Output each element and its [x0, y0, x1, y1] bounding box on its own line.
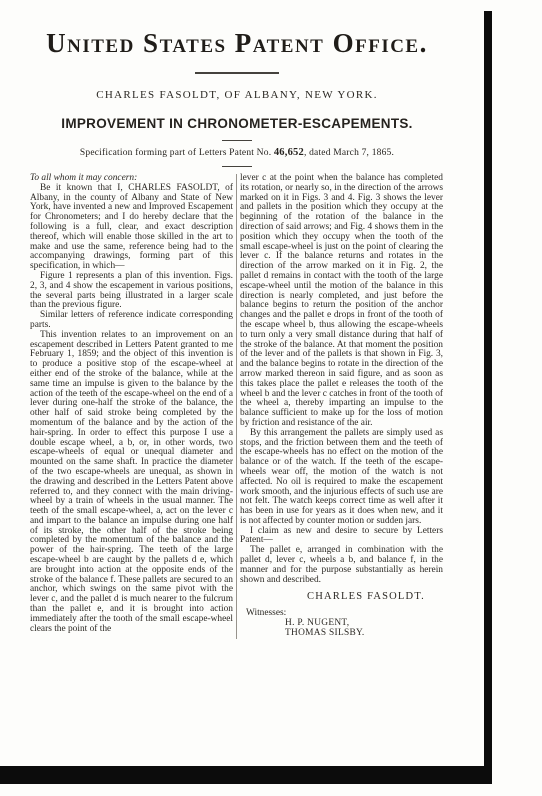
specification-line: Specification forming part of Letters Pa… [30, 147, 444, 158]
document-header: United States Patent Office. CHARLES FAS… [30, 30, 444, 167]
paragraph-reference-letters: Similar letters of reference indicate co… [30, 311, 233, 331]
page-title: United States Patent Office. [30, 30, 444, 57]
paragraph-claim: The pallet e, arranged in combination wi… [240, 546, 443, 585]
patent-document-page: United States Patent Office. CHARLES FAS… [0, 0, 542, 796]
left-column: To all whom it may concern: Be it known … [30, 174, 233, 639]
inventor-signature: CHARLES FASOLDT. [240, 592, 443, 602]
title-divider [195, 72, 279, 74]
paragraph-advantages: By this arrangement the pallets are simp… [240, 429, 443, 527]
right-column: lever c at the point when the balance ha… [240, 174, 443, 639]
spec-suffix: , dated March 7, 1865. [304, 148, 394, 158]
witness-name: THOMAS SILSBY. [285, 629, 443, 639]
spec-prefix: Specification forming part of Letters Pa… [80, 148, 274, 158]
inventor-byline: CHARLES FASOLDT, OF ALBANY, NEW YORK. [30, 89, 444, 101]
paragraph-oath: Be it known that I, CHARLES FASOLDT, of … [30, 184, 233, 272]
subject-divider [222, 140, 252, 141]
paragraph-claim-intro: I claim as new and desire to secure by L… [240, 527, 443, 547]
page-content: United States Patent Office. CHARLES FAS… [30, 30, 444, 639]
spec-divider [222, 166, 252, 167]
scan-edge-right [484, 11, 492, 784]
scan-edge-bottom [0, 766, 492, 784]
paragraph-figures: Figure 1 represents a plan of this inven… [30, 272, 233, 311]
patent-number: 46,652 [274, 147, 304, 158]
two-column-body: To all whom it may concern: Be it known … [30, 174, 444, 639]
invention-title: IMPROVEMENT IN CHRONOMETER-ESCAPEMENTS. [30, 116, 444, 131]
paragraph-description-continued: lever c at the point when the balance ha… [240, 174, 443, 429]
column-divider [236, 174, 237, 639]
paragraph-invention-description: This invention relates to an improvement… [30, 331, 233, 635]
